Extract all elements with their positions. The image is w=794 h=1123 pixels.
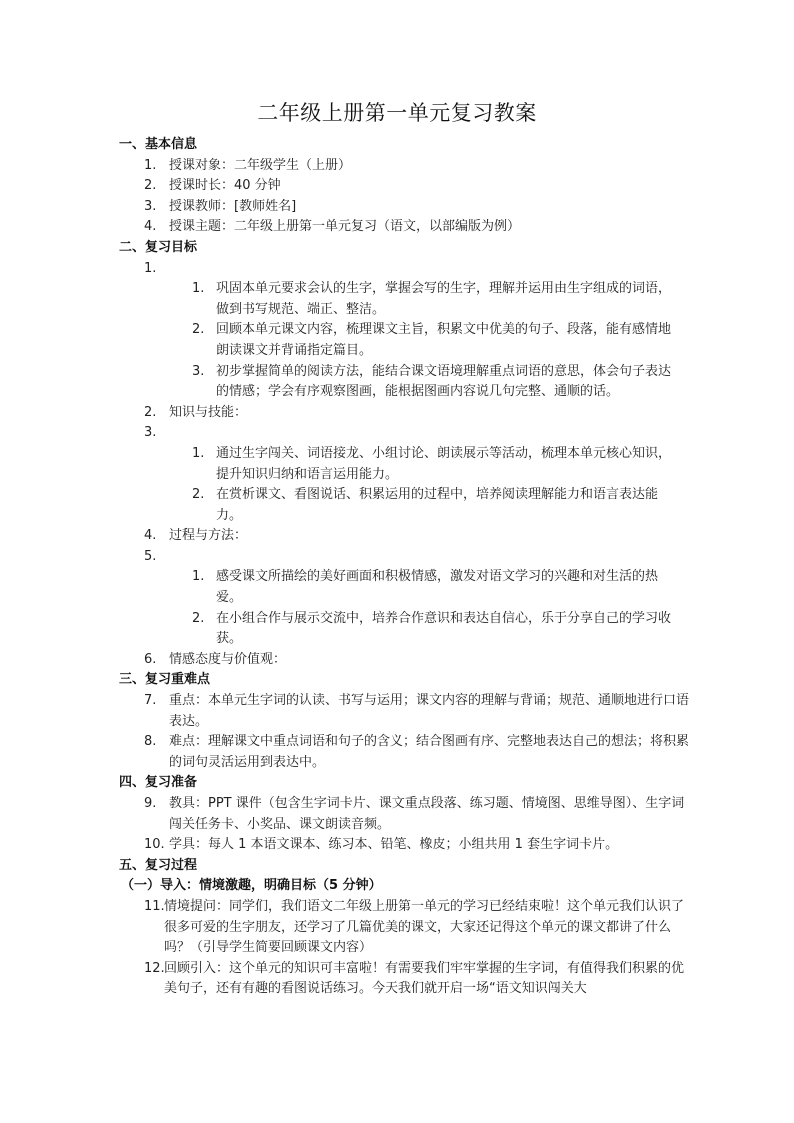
list-text: 学具：每人 1 本语文课本、练习本、铅笔、橡皮；小组共用 1 套生字词卡片。 <box>169 835 689 856</box>
list-item: 2. 授课时长：40 分钟 <box>119 176 689 197</box>
list-text: 情感态度与价值观： <box>169 650 689 671</box>
sub-list-item: 1. 通过生字闯关、词语接龙、小组讨论、朗读展示等活动，梳理本单元核心知识，提升… <box>119 444 689 485</box>
list-number: 4. <box>144 526 169 547</box>
list-text: 情境提问：同学们，我们语文二年级上册第一单元的学习已经结束啦！这个单元我们认识了… <box>164 897 689 959</box>
list-item: 8. 难点：理解课文中重点词语和句子的含义；结合图画有序、完整地表达自己的想法；… <box>119 732 689 773</box>
list-text: 初步掌握简单的阅读方法，能结合课文语境理解重点词语的意思，体会句子表达的情感；学… <box>216 362 676 403</box>
list-text: 授课教师：[教师姓名] <box>169 197 689 218</box>
section-heading-key-difficult-points: 三、复习重难点 <box>119 670 689 691</box>
list-text: 过程与方法： <box>169 526 689 547</box>
list-number: 3. <box>144 197 169 218</box>
list-item: 12. 回顾引入：这个单元的知识可丰富啦！有需要我们牢牢掌握的生字词，有值得我们… <box>119 959 689 1000</box>
list-item: 2. 知识与技能： <box>119 403 689 424</box>
section-heading-review-goals: 二、复习目标 <box>119 238 689 259</box>
list-text: 在小组合作与展示交流中，培养合作意识和表达自信心，乐于分享自己的学习收获。 <box>216 609 676 650</box>
list-number: 9. <box>144 794 169 835</box>
list-number: 6. <box>144 650 169 671</box>
list-item: 1. <box>119 259 689 280</box>
list-number: 1. <box>192 567 216 608</box>
list-number: 3. <box>192 362 216 403</box>
list-number: 2. <box>144 176 169 197</box>
list-item: 1. 授课对象：二年级学生（上册） <box>119 156 689 177</box>
list-item: 6. 情感态度与价值观： <box>119 650 689 671</box>
sub-list-item: 2. 回顾本单元课文内容，梳理课文主旨，积累文中优美的句子、段落，能有感情地朗读… <box>119 320 689 361</box>
sub-list-item: 3. 初步掌握简单的阅读方法，能结合课文语境理解重点词语的意思，体会句子表达的情… <box>119 362 689 403</box>
list-item: 9. 教具：PPT 课件（包含生字词卡片、课文重点段落、练习题、情境图、思维导图… <box>119 794 689 835</box>
list-item: 3. <box>119 423 689 444</box>
section-heading-process: 五、复习过程 <box>119 856 689 877</box>
list-number: 2. <box>192 609 216 650</box>
list-text: 通过生字闯关、词语接龙、小组讨论、朗读展示等活动，梳理本单元核心知识，提升知识归… <box>216 444 676 485</box>
list-text <box>169 423 689 444</box>
list-text: 授课对象：二年级学生（上册） <box>169 156 689 177</box>
list-number: 1. <box>144 156 169 177</box>
document-page: 二年级上册第一单元复习教案 一、基本信息 1. 授课对象：二年级学生（上册） 2… <box>0 0 794 1123</box>
list-number: 2. <box>192 485 216 526</box>
list-number: 7. <box>144 691 169 732</box>
list-text: 知识与技能： <box>169 403 689 424</box>
list-number: 3. <box>144 423 169 444</box>
list-number: 10. <box>144 835 169 856</box>
list-item: 4. 授课主题：二年级上册第一单元复习（语文，以部编版为例） <box>119 217 689 238</box>
list-item: 4. 过程与方法： <box>119 526 689 547</box>
document-body: 一、基本信息 1. 授课对象：二年级学生（上册） 2. 授课时长：40 分钟 3… <box>119 135 689 1000</box>
list-text: 感受课文所描绘的美好画面和积极情感，激发对语文学习的兴趣和对生活的热爱。 <box>216 567 676 608</box>
list-item: 3. 授课教师：[教师姓名] <box>119 197 689 218</box>
list-text <box>169 547 689 568</box>
list-number: 1. <box>192 279 216 320</box>
list-text <box>169 259 689 280</box>
list-item: 10. 学具：每人 1 本语文课本、练习本、铅笔、橡皮；小组共用 1 套生字词卡… <box>119 835 689 856</box>
list-item: 5. <box>119 547 689 568</box>
document-title: 二年级上册第一单元复习教案 <box>0 100 794 126</box>
list-number: 1. <box>144 259 169 280</box>
list-number: 5. <box>144 547 169 568</box>
list-number: 12. <box>144 959 164 1000</box>
subsection-heading-intro: （一）导入：情境激趣，明确目标（5 分钟） <box>119 876 689 897</box>
list-number: 2. <box>144 403 169 424</box>
list-text: 在赏析课文、看图说话、积累运用的过程中，培养阅读理解能力和语言表达能力。 <box>216 485 676 526</box>
sub-list-item: 2. 在小组合作与展示交流中，培养合作意识和表达自信心，乐于分享自己的学习收获。 <box>119 609 689 650</box>
list-number: 4. <box>144 217 169 238</box>
list-number: 11. <box>144 897 164 959</box>
sub-list-item: 1. 感受课文所描绘的美好画面和积极情感，激发对语文学习的兴趣和对生活的热爱。 <box>119 567 689 608</box>
list-text: 巩固本单元要求会认的生字，掌握会写的生字，理解并运用由生字组成的词语，做到书写规… <box>216 279 676 320</box>
list-text: 回顾引入：这个单元的知识可丰富啦！有需要我们牢牢掌握的生字词，有值得我们积累的优… <box>164 959 689 1000</box>
list-item: 7. 重点：本单元生字词的认读、书写与运用；课文内容的理解与背诵；规范、通顺地进… <box>119 691 689 732</box>
sub-list-item: 2. 在赏析课文、看图说话、积累运用的过程中，培养阅读理解能力和语言表达能力。 <box>119 485 689 526</box>
list-text: 重点：本单元生字词的认读、书写与运用；课文内容的理解与背诵；规范、通顺地进行口语… <box>169 691 689 732</box>
list-text: 授课主题：二年级上册第一单元复习（语文，以部编版为例） <box>169 217 689 238</box>
list-text: 教具：PPT 课件（包含生字词卡片、课文重点段落、练习题、情境图、思维导图）、生… <box>169 794 689 835</box>
section-heading-basic-info: 一、基本信息 <box>119 135 689 156</box>
list-number: 8. <box>144 732 169 773</box>
list-text: 回顾本单元课文内容，梳理课文主旨，积累文中优美的句子、段落，能有感情地朗读课文并… <box>216 320 676 361</box>
list-number: 1. <box>192 444 216 485</box>
sub-list-item: 1. 巩固本单元要求会认的生字，掌握会写的生字，理解并运用由生字组成的词语，做到… <box>119 279 689 320</box>
section-heading-preparation: 四、复习准备 <box>119 773 689 794</box>
list-text: 难点：理解课文中重点词语和句子的含义；结合图画有序、完整地表达自己的想法；将积累… <box>169 732 689 773</box>
list-item: 11. 情境提问：同学们，我们语文二年级上册第一单元的学习已经结束啦！这个单元我… <box>119 897 689 959</box>
list-number: 2. <box>192 320 216 361</box>
list-text: 授课时长：40 分钟 <box>169 176 689 197</box>
